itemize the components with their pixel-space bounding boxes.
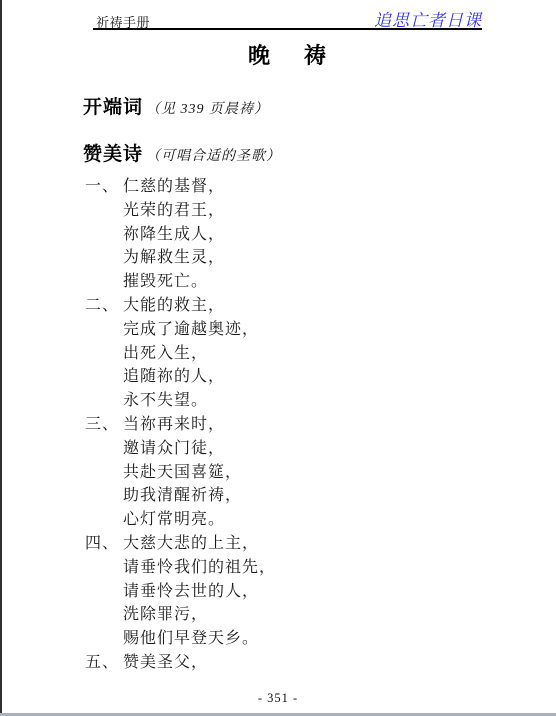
section-hymn: 赞美诗（可唱合适的圣歌） <box>83 139 281 166</box>
hymn-verses: 一、 仁慈的基督， 光荣的君王， 祢降生成人， 为解救生灵， 摧毁死亡。 二、 … <box>0 175 556 675</box>
verse-line: 光荣的君王， <box>123 199 556 223</box>
hymn-verse-2: 二、 大能的救主， 完成了逾越奥迹， 出死入生， 追随祢的人， 永不失望。 <box>0 294 556 413</box>
hymn-verse-3: 三、 当祢再来时， 邀请众门徒， 共赴天国喜筵， 助我清醒祈祷， 心灯常明亮。 <box>0 413 556 532</box>
page-title: 晚 祷 <box>90 42 490 70</box>
verse-line: 当祢再来时， <box>123 413 556 437</box>
page-number: - 351 - <box>0 691 556 706</box>
verse-line: 仁慈的基督， <box>123 175 556 199</box>
verse-line: 请垂怜去世的人， <box>123 580 556 604</box>
verse-line: 赐他们早登天乡。 <box>123 627 556 651</box>
section-note: （见 339 页晨祷） <box>146 102 269 117</box>
verse-line: 为解救生灵， <box>123 246 556 270</box>
verse-line: 共赴天国喜筵， <box>123 461 556 485</box>
verse-line: 请垂怜我们的祖先， <box>123 556 556 580</box>
verse-line: 大慈大悲的上主， <box>123 532 556 556</box>
hymn-verse-5: 五、 赞美圣父， <box>0 651 556 675</box>
verse-number: 一、 <box>85 175 119 199</box>
verse-line: 追随祢的人， <box>123 365 556 389</box>
document-page: 祈祷手册 追思亡者日课 晚 祷 开端词（见 339 页晨祷） 赞美诗（可唱合适的… <box>0 0 556 716</box>
section-heading: 开端词 <box>83 97 143 118</box>
hymn-verse-4: 四、 大慈大悲的上主， 请垂怜我们的祖先， 请垂怜去世的人， 洗除罪污， 赐他们… <box>0 532 556 651</box>
section-heading: 赞美诗 <box>83 144 143 165</box>
verse-line: 祢降生成人， <box>123 223 556 247</box>
verse-line: 心灯常明亮。 <box>123 508 556 532</box>
verse-line: 洗除罪污， <box>123 603 556 627</box>
verse-line: 邀请众门徒， <box>123 437 556 461</box>
section-note: （可唱合适的圣歌） <box>146 149 281 164</box>
verse-line: 摧毁死亡。 <box>123 270 556 294</box>
section-opening-words: 开端词（见 339 页晨祷） <box>83 92 269 119</box>
verse-number: 五、 <box>85 651 119 675</box>
verse-line: 完成了逾越奥迹， <box>123 318 556 342</box>
verse-line: 永不失望。 <box>123 389 556 413</box>
verse-number: 三、 <box>85 413 119 437</box>
hymn-verse-1: 一、 仁慈的基督， 光荣的君王， 祢降生成人， 为解救生灵， 摧毁死亡。 <box>0 175 556 294</box>
header-rule <box>93 28 482 30</box>
verse-line: 助我清醒祈祷， <box>123 484 556 508</box>
verse-number: 四、 <box>85 532 119 556</box>
verse-line: 大能的救主， <box>123 294 556 318</box>
verse-line: 赞美圣父， <box>123 651 556 675</box>
verse-line: 出死入生， <box>123 342 556 366</box>
verse-number: 二、 <box>85 294 119 318</box>
